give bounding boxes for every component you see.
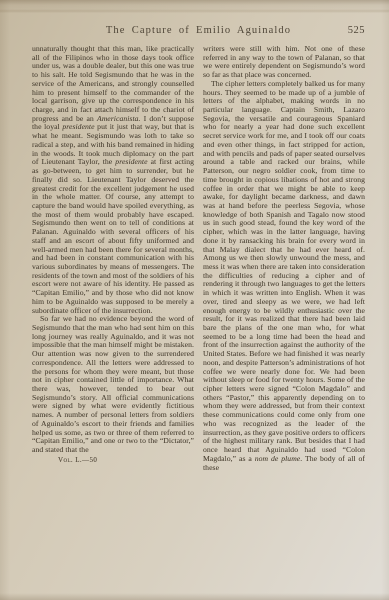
paragraph: The cipher letters completely balked us …	[203, 80, 365, 472]
right-column: writers were still with him. Not one of …	[203, 45, 365, 472]
italic-text: presidente	[115, 157, 147, 166]
left-column: unnaturally thought that this man, like …	[32, 45, 194, 472]
volume-signature: Vol. L.—50	[58, 456, 194, 464]
body-text: at first acting as go-between, to get hi…	[32, 157, 194, 314]
body-text: So far we had no evidence beyond the wor…	[32, 314, 194, 454]
scanned-book-page: The Capture of Emilio Aguinaldo 525 unna…	[0, 0, 389, 600]
chapter-title: The Capture of Emilio Aguinaldo	[32, 25, 365, 36]
page-number: 525	[348, 25, 365, 36]
italic-text: Americanista.	[97, 114, 141, 123]
running-header: The Capture of Emilio Aguinaldo 525	[32, 25, 365, 39]
italic-text: nom de plume	[255, 454, 301, 463]
paragraph: unnaturally thought that this man, like …	[32, 45, 194, 315]
right-column-text: writers were still with him. Not one of …	[203, 45, 365, 472]
paragraph: writers were still with him. Not one of …	[203, 45, 365, 80]
left-column-text: unnaturally thought that this man, like …	[32, 45, 194, 455]
body-text: writers were still with him. Not one of …	[203, 44, 365, 79]
text-block: unnaturally thought that this man, like …	[32, 45, 365, 472]
paragraph: So far we had no evidence beyond the wor…	[32, 315, 194, 455]
body-text: unnaturally thought that this man, like …	[32, 44, 194, 123]
italic-text: presidente	[62, 122, 94, 131]
body-text: The cipher letters completely balked us …	[203, 79, 365, 463]
